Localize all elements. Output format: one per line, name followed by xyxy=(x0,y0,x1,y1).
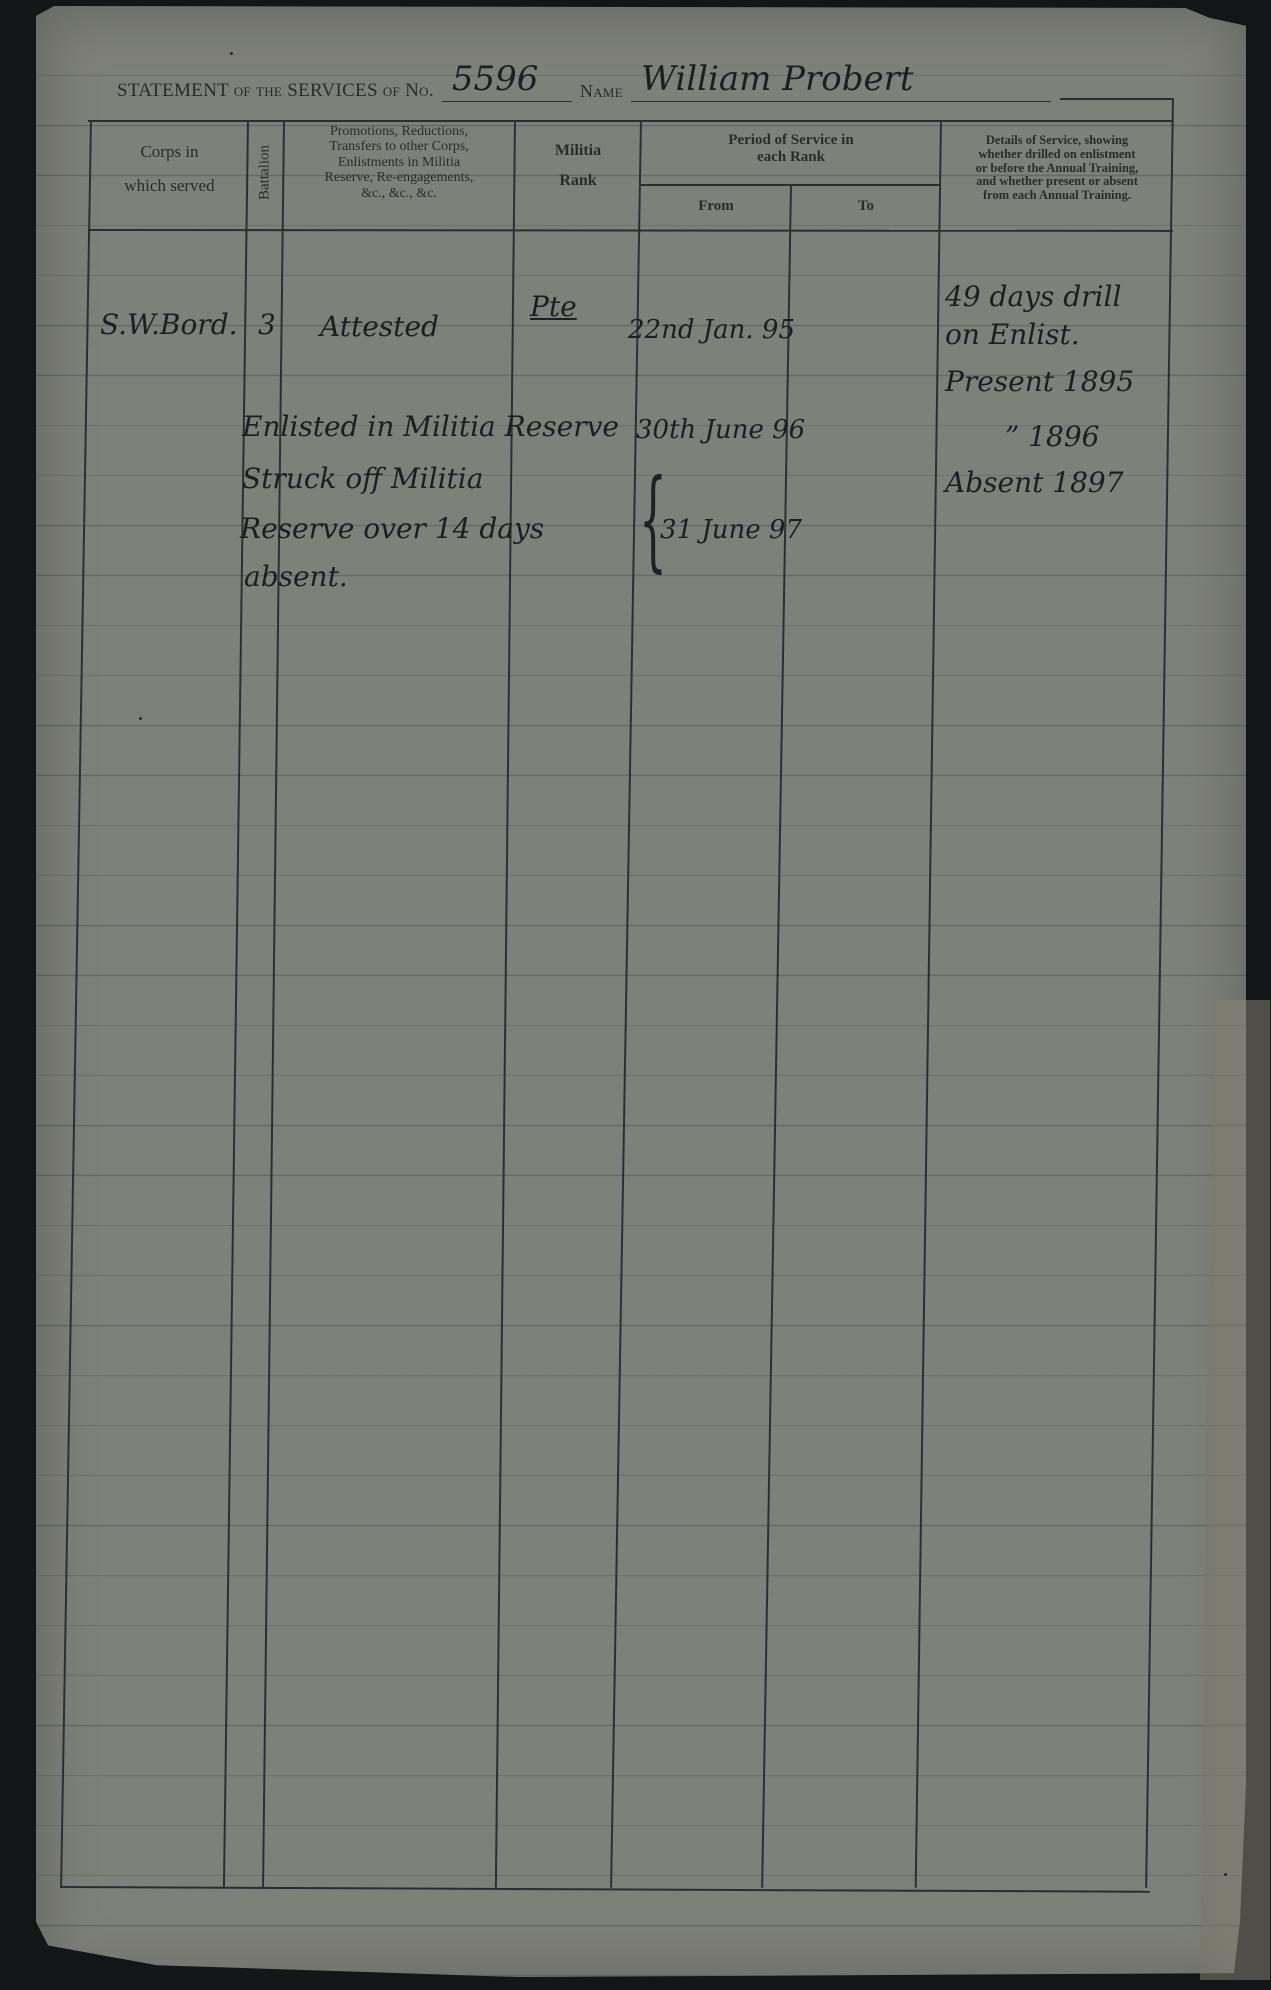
col-border-to xyxy=(915,120,942,1888)
service-table: Corps in which served Battalion Promotio… xyxy=(0,0,1271,1990)
col-border-left xyxy=(60,120,92,1888)
ink-speck xyxy=(139,717,142,720)
header-period: Period of Service in each Rank xyxy=(642,132,940,167)
cell-details-1b: on Enlist. xyxy=(945,318,1080,351)
header-details: Details of Service, showing whether dril… xyxy=(942,134,1172,203)
cell-promotion-absent: absent. xyxy=(244,560,348,593)
header-promotions: Promotions, Reductions, Transfers to oth… xyxy=(285,124,513,201)
cell-rank: Pte xyxy=(530,290,577,323)
cell-corps: S.W.Bord. xyxy=(100,308,238,341)
header-promotions-l1: Promotions, Reductions, xyxy=(285,124,513,139)
col-border-right xyxy=(1145,98,1174,1888)
cell-promotion-struck: Struck off Militia xyxy=(242,462,483,495)
cell-promotion-enlisted: Enlisted in Militia Reserve xyxy=(242,410,619,443)
header-corps: Corps in which served xyxy=(92,142,247,195)
header-period-l1: Period of Service in xyxy=(642,132,940,149)
cell-promotion-reserve: Reserve over 14 days xyxy=(240,512,544,545)
header-promotions-l2: Transfers to other Corps, xyxy=(285,139,513,154)
header-details-l4: and whether present or absent xyxy=(942,175,1172,189)
cell-from-1: 22nd Jan. 95 xyxy=(628,315,795,345)
header-details-l3: or before the Annual Training, xyxy=(942,162,1172,176)
details-present-1895: Present 1895 xyxy=(945,365,1134,398)
header-details-l2: whether drilled on enlistment xyxy=(942,148,1172,162)
header-corps-line2: which served xyxy=(92,176,247,196)
details-absent-1897: Absent 1897 xyxy=(945,466,1124,499)
title-underline-right xyxy=(1060,98,1172,100)
col-border-corps xyxy=(223,120,249,1888)
cell-promotion-attested: Attested xyxy=(320,310,439,343)
header-promotions-l5: &c., &c., &c. xyxy=(285,186,513,201)
header-rank: Rank xyxy=(516,172,640,190)
header-corps-line1: Corps in xyxy=(92,142,247,162)
ink-speck xyxy=(1224,1873,1227,1876)
col-border-promotions xyxy=(495,120,516,1888)
header-period-l2: each Rank xyxy=(642,149,940,166)
details-present-1896: ” 1896 xyxy=(1005,420,1099,453)
col-border-battalion xyxy=(262,120,285,1888)
cell-battalion: 3 xyxy=(258,308,276,341)
col-border-rank xyxy=(610,120,642,1888)
header-battalion: Battalion xyxy=(257,138,274,208)
cell-from-2: 30th June 96 xyxy=(636,415,805,445)
header-from: From xyxy=(642,198,790,215)
header-militia-rank: Militia Rank xyxy=(516,142,640,191)
table-top-border xyxy=(88,120,1173,122)
header-bottom-line xyxy=(88,229,1173,232)
header-promotions-l3: Enlistments in Militia xyxy=(285,155,513,170)
cell-from-3: 31 June 97 xyxy=(660,515,802,545)
cell-details-1a: 49 days drill xyxy=(945,280,1121,313)
header-details-l1: Details of Service, showing xyxy=(942,134,1172,148)
header-promotions-l4: Reserve, Re-engagements, xyxy=(285,170,513,185)
header-to: To xyxy=(792,198,940,215)
ink-speck xyxy=(230,52,233,55)
header-militia: Militia xyxy=(516,142,640,160)
header-details-l5: from each Annual Training. xyxy=(942,189,1172,203)
